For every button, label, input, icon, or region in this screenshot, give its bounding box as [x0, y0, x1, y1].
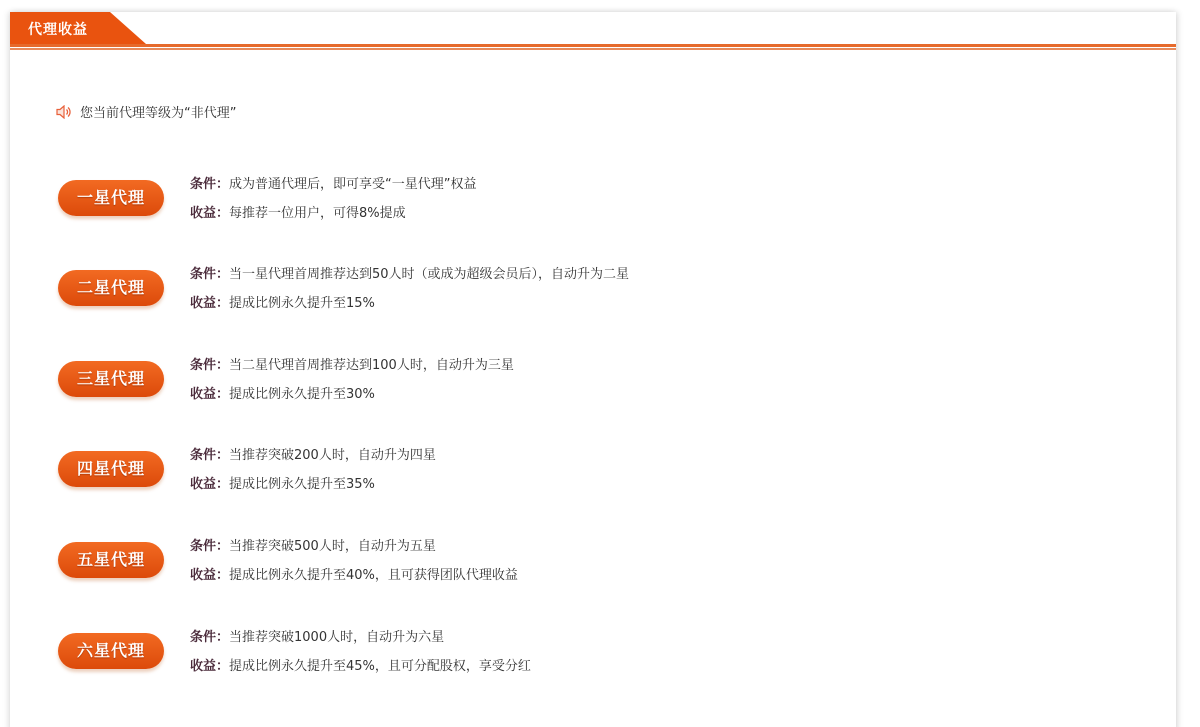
- condition-label: 条件：: [190, 630, 229, 645]
- condition-label: 条件：: [190, 448, 229, 463]
- condition-text: 当二星代理首周推荐达到100人时，自动升为三星: [229, 358, 514, 373]
- income-text: 提成比例永久提升至15%: [229, 296, 375, 311]
- level-row-5: 五星代理 条件：当推荐突破500人时，自动升为五星 收益：提成比例永久提升至40…: [56, 532, 1156, 592]
- tab-label: 代理收益: [28, 19, 88, 39]
- condition-text: 当推荐突破500人时，自动升为五星: [229, 539, 436, 554]
- condition-text: 当推荐突破1000人时，自动升为六星: [229, 630, 444, 645]
- level-row-2: 二星代理 条件：当一星代理首周推荐达到50人时（或成为超级会员后），自动升为二星…: [56, 260, 1156, 320]
- level-row-4: 四星代理 条件：当推荐突破200人时，自动升为四星 收益：提成比例永久提升至35…: [56, 441, 1156, 501]
- income-text: 每推荐一位用户，可得8%提成: [229, 206, 406, 221]
- level-row-3: 三星代理 条件：当二星代理首周推荐达到100人时，自动升为三星 收益：提成比例永…: [56, 351, 1156, 411]
- tab-agent-income[interactable]: 代理收益: [10, 12, 146, 44]
- income-text: 提成比例永久提升至30%: [229, 387, 375, 402]
- level-row-6: 六星代理 条件：当推荐突破1000人时，自动升为六星 收益：提成比例永久提升至4…: [56, 623, 1156, 683]
- current-level-notice: 您当前代理等级为“非代理”: [56, 102, 236, 121]
- condition-text: 成为普通代理后，即可享受“一星代理”权益: [229, 177, 476, 192]
- income-label: 收益：: [190, 659, 229, 674]
- income-text: 提成比例永久提升至40%，且可获得团队代理收益: [229, 568, 518, 583]
- level-badge: 四星代理: [58, 451, 164, 487]
- agent-income-panel: 代理收益 您当前代理等级为“非代理” 一星代理 条件：成为普通代理后，即可享受“…: [10, 12, 1176, 727]
- condition-text: 当推荐突破200人时，自动升为四星: [229, 448, 436, 463]
- condition-text: 当一星代理首周推荐达到50人时（或成为超级会员后），自动升为二星: [229, 267, 629, 282]
- header-divider: [10, 44, 1176, 47]
- income-text: 提成比例永久提升至45%，且可分配股权，享受分红: [229, 659, 531, 674]
- header-divider-thin: [10, 48, 1176, 50]
- condition-label: 条件：: [190, 358, 229, 373]
- income-label: 收益：: [190, 568, 229, 583]
- panel-header: 代理收益: [10, 12, 1176, 50]
- income-label: 收益：: [190, 296, 229, 311]
- level-badge: 三星代理: [58, 361, 164, 397]
- income-label: 收益：: [190, 206, 229, 221]
- level-row-1: 一星代理 条件：成为普通代理后，即可享受“一星代理”权益 收益：每推荐一位用户，…: [56, 170, 1156, 230]
- level-badge: 一星代理: [58, 180, 164, 216]
- income-label: 收益：: [190, 387, 229, 402]
- income-text: 提成比例永久提升至35%: [229, 477, 375, 492]
- condition-label: 条件：: [190, 539, 229, 554]
- level-badge: 六星代理: [58, 633, 164, 669]
- speaker-icon: [56, 105, 72, 119]
- level-badge: 五星代理: [58, 542, 164, 578]
- notice-text: 您当前代理等级为“非代理”: [80, 102, 236, 121]
- condition-label: 条件：: [190, 267, 229, 282]
- condition-label: 条件：: [190, 177, 229, 192]
- income-label: 收益：: [190, 477, 229, 492]
- level-badge: 二星代理: [58, 270, 164, 306]
